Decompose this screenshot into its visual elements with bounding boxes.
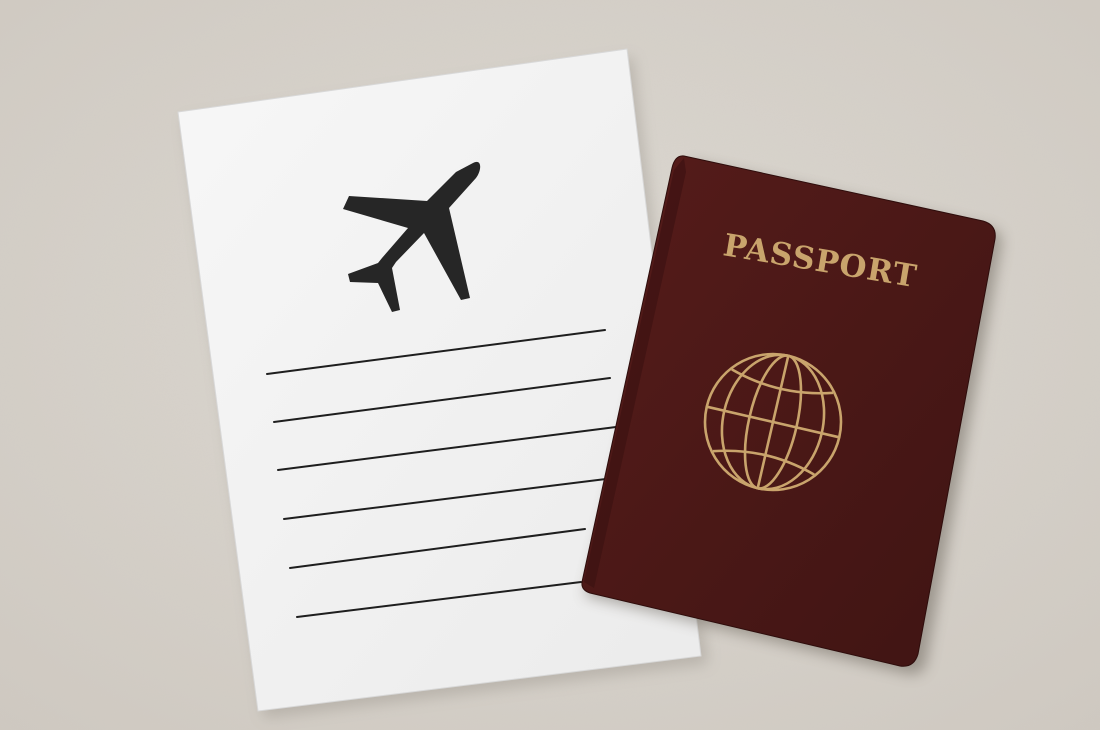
ticket-paper bbox=[178, 49, 701, 711]
photo-scene: PASSPORT bbox=[0, 0, 1100, 730]
ticket-card bbox=[178, 49, 701, 711]
